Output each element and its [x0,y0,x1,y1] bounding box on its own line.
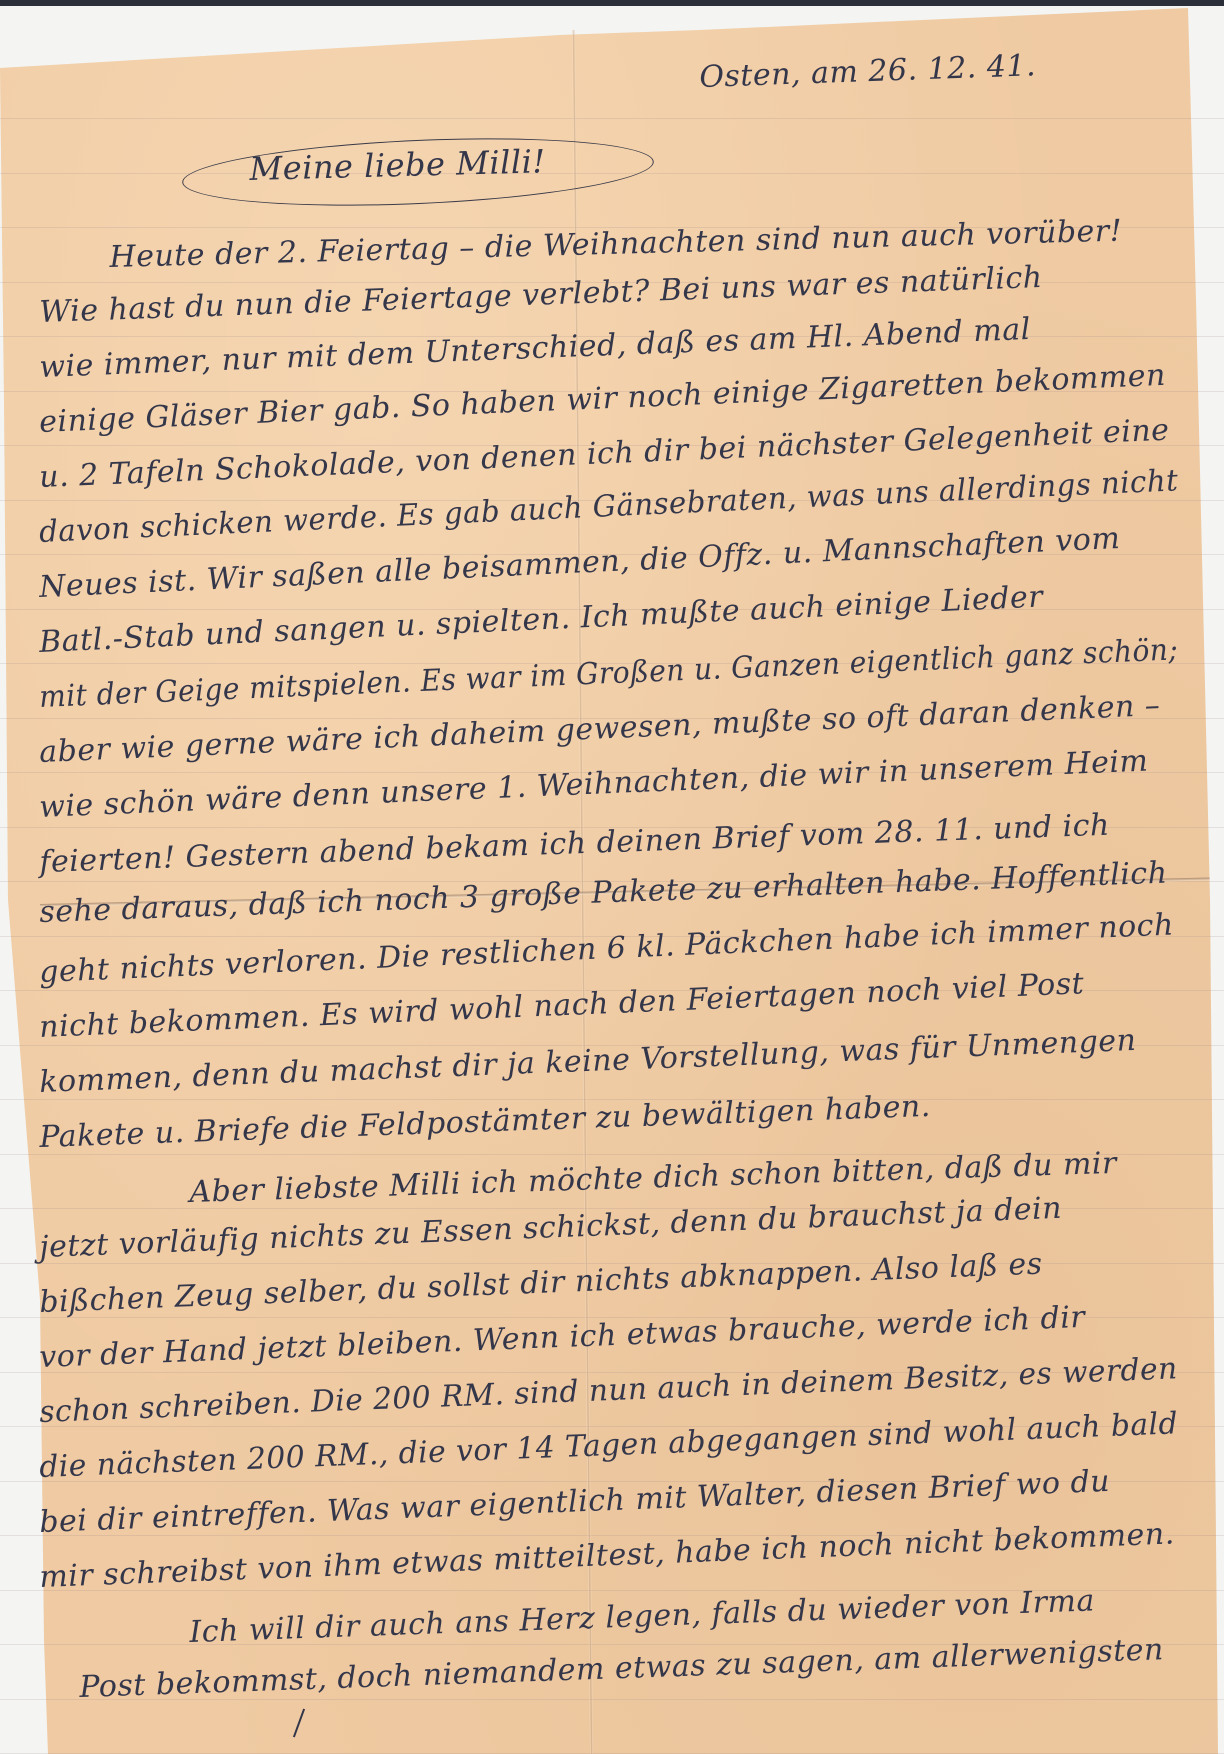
scanner-edge-top [0,0,1224,6]
ruled-line [0,118,1224,119]
salutation: Meine liebe Milli! [249,142,546,188]
